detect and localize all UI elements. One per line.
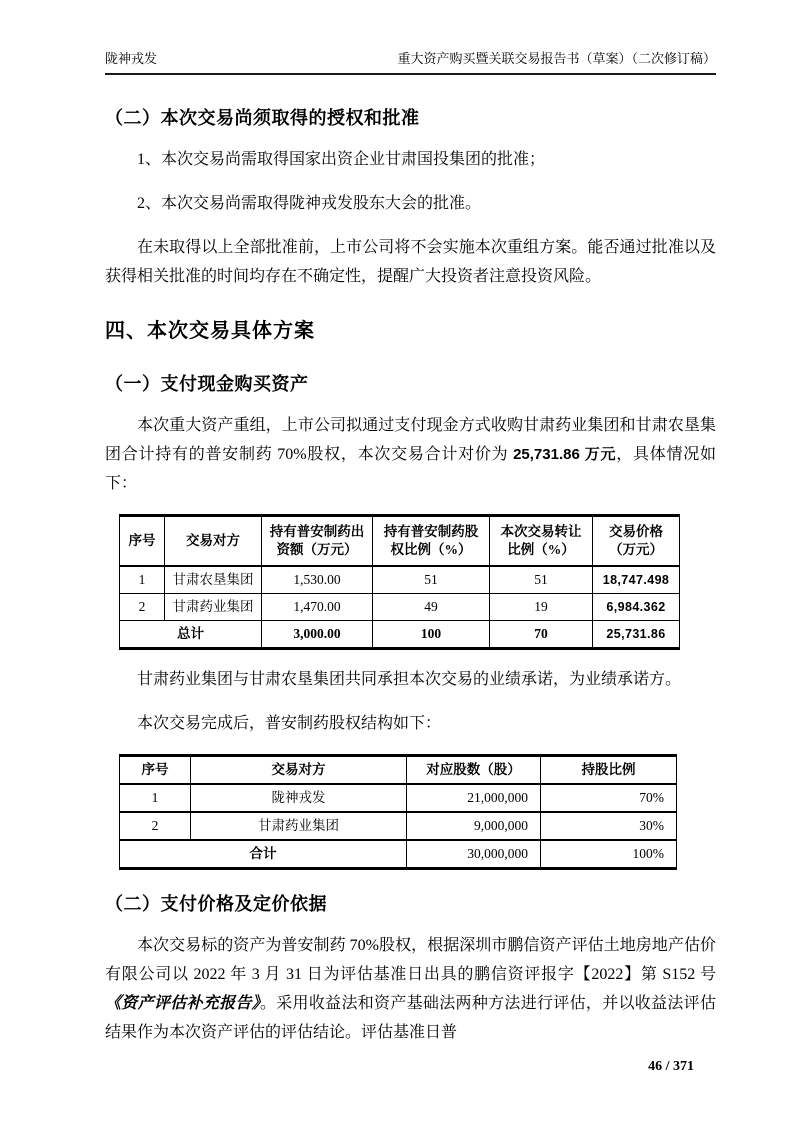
table-cell-shares: 9,000,000 xyxy=(407,812,541,840)
paragraph-valuation: 本次交易标的资产为普安制药 70%股权，根据深圳市鹏信资产评估土地房地产估价有限… xyxy=(105,931,716,1047)
table-header-cell: 序号 xyxy=(120,516,165,567)
table-cell-shares: 21,000,000 xyxy=(407,784,541,812)
table-cell: 甘肃药业集团 xyxy=(191,812,407,840)
table-cell-ratio: 100% xyxy=(541,840,677,869)
table-cell-ratio: 30% xyxy=(541,812,677,840)
table-cell: 2 xyxy=(120,812,191,840)
paragraph-equity-structure-intro: 本次交易完成后，普安制药股权结构如下： xyxy=(105,709,716,738)
table-cell: 1,530.00 xyxy=(262,566,373,594)
table-header-cell: 交易价格 （万元） xyxy=(593,516,680,567)
table-cell: 2 xyxy=(120,594,165,621)
table-row: 2 甘肃药业集团 9,000,000 30% xyxy=(120,812,677,840)
document-page: 陇神戎发 重大资产购买暨关联交易报告书（草案）（二次修订稿） （二）本次交易尚须… xyxy=(0,0,793,1122)
table-cell: 甘肃农垦集团 xyxy=(165,566,262,594)
consideration-table: 序号 交易对方 持有普安制药出 资额（万元） 持有普安制药股 权比例（%） 本次… xyxy=(119,514,680,650)
table-header-cell: 本次交易转让 比例（%） xyxy=(490,516,593,567)
paragraph-approval-item-2: 2、本次交易尚需取得陇神戎发股东大会的批准。 xyxy=(105,189,716,218)
table-header-cell: 持有普安制药股 权比例（%） xyxy=(373,516,490,567)
table-cell: 甘肃药业集团 xyxy=(165,594,262,621)
table-cell-price: 18,747.498 xyxy=(593,566,680,594)
table-total-row: 总计 3,000.00 100 70 25,731.86 xyxy=(120,621,680,649)
paragraph-approval-item-1: 1、本次交易尚需取得国家出资企业甘肃国投集团的批准； xyxy=(105,145,716,174)
table-cell: 1 xyxy=(120,784,191,812)
table-header-row: 序号 交易对方 持有普安制药出 资额（万元） 持有普安制药股 权比例（%） 本次… xyxy=(120,516,680,567)
header-report-title: 重大资产购买暨关联交易报告书（草案）（二次修订稿） xyxy=(397,50,716,68)
paragraph-risk-note: 在未取得以上全部批准前，上市公司将不会实施本次重组方案。能否通过批准以及获得相关… xyxy=(105,233,716,291)
table-cell-ratio: 70% xyxy=(541,784,677,812)
heading-approval-section: （二）本次交易尚须取得的授权和批准 xyxy=(105,106,716,130)
table-header-cell: 序号 xyxy=(120,756,191,785)
table-cell: 19 xyxy=(490,594,593,621)
table-cell: 100 xyxy=(373,621,490,649)
running-header: 陇神戎发 重大资产购买暨关联交易报告书（草案）（二次修订稿） xyxy=(105,50,716,75)
table-header-cell: 交易对方 xyxy=(165,516,262,567)
table-row: 2 甘肃药业集团 1,470.00 49 19 6,984.362 xyxy=(120,594,680,621)
paragraph-deal-summary: 本次重大资产重组，上市公司拟通过支付现金方式收购甘肃药业集团和甘肃农垦集团合计持… xyxy=(105,411,716,498)
footer-page-number: 46 / 371 xyxy=(105,1059,716,1075)
equity-structure-table: 序号 交易对方 对应股数（股） 持股比例 1 陇神戎发 21,000,000 7… xyxy=(119,754,677,870)
table-cell-price: 6,984.362 xyxy=(593,594,680,621)
heading-cash-purchase: （一）支付现金购买资产 xyxy=(105,372,716,396)
table-row: 1 甘肃农垦集团 1,530.00 51 51 18,747.498 xyxy=(120,566,680,594)
deal-total-amount: 25,731.86 万元 xyxy=(513,446,616,463)
valuation-report-title: 《资产评估补充报告》 xyxy=(105,995,260,1012)
table-header-cell: 对应股数（股） xyxy=(407,756,541,785)
table-cell: 3,000.00 xyxy=(262,621,373,649)
heading-pricing-basis: （二）支付价格及定价依据 xyxy=(105,892,716,916)
table-cell: 49 xyxy=(373,594,490,621)
header-company-name: 陇神戎发 xyxy=(105,50,157,68)
table-cell: 陇神戎发 xyxy=(191,784,407,812)
table-total-label: 总计 xyxy=(120,621,262,649)
table-total-row: 合计 30,000,000 100% xyxy=(120,840,677,869)
table-cell: 70 xyxy=(490,621,593,649)
table-header-cell: 交易对方 xyxy=(191,756,407,785)
table-header-cell: 持股比例 xyxy=(541,756,677,785)
paragraph-performance-commitment: 甘肃药业集团与甘肃农垦集团共同承担本次交易的业绩承诺，为业绩承诺方。 xyxy=(105,665,716,694)
table-cell-shares: 30,000,000 xyxy=(407,840,541,869)
table-cell: 1,470.00 xyxy=(262,594,373,621)
table-cell: 51 xyxy=(490,566,593,594)
table-cell: 51 xyxy=(373,566,490,594)
table-header-row: 序号 交易对方 对应股数（股） 持股比例 xyxy=(120,756,677,785)
table-header-cell: 持有普安制药出 资额（万元） xyxy=(262,516,373,567)
table-cell: 1 xyxy=(120,566,165,594)
table-cell-price: 25,731.86 xyxy=(593,621,680,649)
table-row: 1 陇神戎发 21,000,000 70% xyxy=(120,784,677,812)
heading-plan-section: 四、本次交易具体方案 xyxy=(105,318,716,344)
valuation-lead: 本次交易标的资产为普安制药 70%股权，根据深圳市鹏信资产评估土地房地产估价有限… xyxy=(105,937,716,983)
table-total-label: 合计 xyxy=(120,840,407,869)
